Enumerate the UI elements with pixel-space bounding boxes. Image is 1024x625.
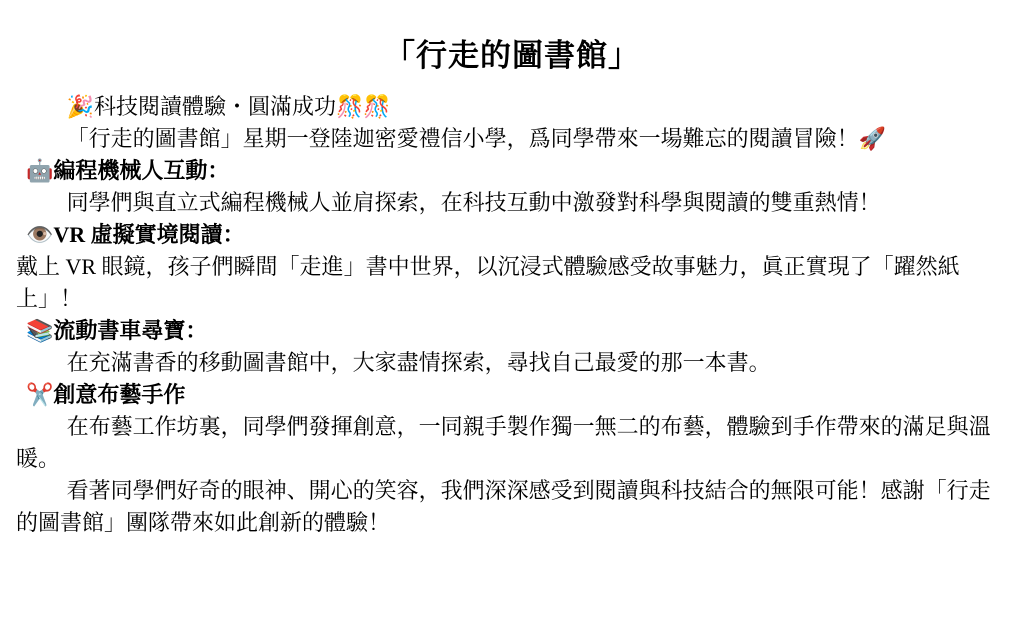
books-icon: 📚 [26,318,53,343]
scissors-icon: ✂️ [26,382,53,407]
section-body-robotics: 同學們與直立式編程機械人並肩探索，在科技互動中激發對科學與閱讀的雙重熱情！ [16,187,1008,219]
intro-line: 🎉科技閱讀體驗・圓滿成功🎊🎊 [16,91,1008,123]
section-body-vr: 戴上 VR 眼鏡，孩子們瞬間「走進」書中世界，以沉浸式體驗感受故事魅力，眞正實現… [16,251,1008,315]
party-popper-icon: 🎉 [67,94,94,119]
section-heading-robotics: 🤖編程機械人互動： [16,155,1008,187]
intro-text: 科技閱讀體驗・圓滿成功 [94,94,336,119]
section-heading-craft-label: 創意布藝手作 [53,382,185,407]
launch-line: 「行走的圖書館」星期一登陸迦密愛禮信小學，爲同學帶來一場難忘的閱讀冒險！🚀 [16,123,1008,155]
section-heading-vr-label: VR 虛擬實境閱讀： [53,222,244,247]
section-heading-vr: 👁️VR 虛擬實境閱讀： [16,219,1008,251]
section-heading-book-truck-label: 流動書車尋寶： [53,318,207,343]
section-body-craft: 在布藝工作坊裏，同學們發揮創意，一同親手製作獨一無二的布藝，體驗到手作帶來的滿足… [16,411,1008,475]
section-heading-craft: ✂️創意布藝手作 [16,379,1008,411]
section-heading-robotics-label: 編程機械人互動： [53,158,229,183]
page-title: 「行走的圖書館」 [16,30,1008,75]
robot-icon: 🤖 [26,158,53,183]
closing-paragraph: 看著同學們好奇的眼神、開心的笑容，我們深深感受到閱讀與科技結合的無限可能！感謝「… [16,475,1008,539]
eye-icon: 👁️ [26,222,53,247]
rocket-icon: 🚀 [859,126,886,151]
document-page: 「行走的圖書館」 🎉科技閱讀體驗・圓滿成功🎊🎊 「行走的圖書館」星期一登陸迦密愛… [0,0,1024,625]
launch-text: 「行走的圖書館」星期一登陸迦密愛禮信小學，爲同學帶來一場難忘的閱讀冒險！ [67,126,859,151]
section-body-book-truck: 在充滿書香的移動圖書館中，大家盡情探索，尋找自己最愛的那一本書。 [16,347,1008,379]
confetti-ball-icon: 🎊🎊 [336,94,391,119]
section-heading-book-truck: 📚流動書車尋寶： [16,315,1008,347]
